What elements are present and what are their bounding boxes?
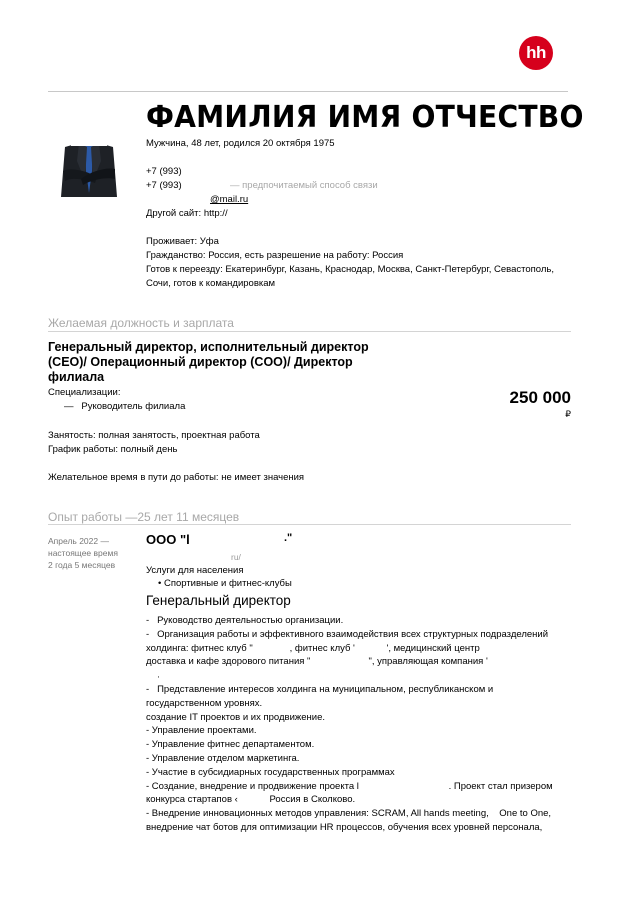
section-divider: [48, 524, 571, 525]
duty-line: создание IT проектов и их продвижение.: [146, 711, 576, 725]
salary-currency: ₽: [565, 409, 571, 420]
duty-line: - Управление проектами.: [146, 724, 576, 738]
section-divider: [48, 331, 571, 332]
position-title-line: (CEO)/ Операционный директор (COO)/ Дире…: [48, 355, 408, 370]
residence: Проживает: Уфа: [146, 235, 219, 249]
specialization-item: — Руководитель филиала: [64, 400, 185, 414]
specialization-label: Руководитель филиала: [81, 401, 185, 412]
duty-line: холдинга: фитнес клуб " , фитнес клуб ' …: [146, 642, 576, 656]
salary-amount: 250 000: [510, 388, 571, 408]
duty-line: - Руководство деятельностью организации.: [146, 614, 576, 628]
duty-line: доставка и кафе здорового питания " ", у…: [146, 655, 576, 669]
job-duration: 2 года 5 месяцев: [48, 559, 118, 571]
phone-1[interactable]: +7 (993): [146, 165, 182, 179]
hh-logo: hh: [519, 36, 553, 70]
position-title-line: филиала: [48, 370, 408, 385]
header-divider: [48, 91, 568, 92]
duty-line: государственном уровнях.: [146, 697, 576, 711]
candidate-name: ФАМИЛИЯ ИМЯ ОТЧЕСТВО: [146, 100, 584, 135]
specializations-label: Специализации:: [48, 386, 121, 400]
relocation-line-2: Сочи, готов к командировкам: [146, 277, 275, 291]
duty-line: - Участие в субсидиарных государственных…: [146, 766, 576, 780]
company-name: ООО "l: [146, 532, 190, 547]
job-period: Апрель 2022 — настоящее время 2 года 5 м…: [48, 535, 118, 571]
job-duties: - Руководство деятельностью организации.…: [146, 614, 576, 835]
industry-item-label: Спортивные и фитнес-клубы: [164, 578, 292, 589]
duty-line: - Представление интересов холдинга на му…: [146, 683, 576, 697]
company-name-tail: .": [284, 532, 292, 544]
duty-line: внедрение чат ботов для оптимизации HR п…: [146, 821, 576, 835]
duty-line: конкурса стартапов ‹ Россия в Сколково.: [146, 793, 576, 807]
relocation-line-1: Готов к переезду: Екатеринбург, Казань, …: [146, 263, 554, 277]
position-title-line: Генеральный директор, исполнительный дир…: [48, 340, 408, 355]
preferred-contact-note: — предпочитаемый способ связи: [230, 179, 378, 193]
duty-line: - Управление фитнес департаментом.: [146, 738, 576, 752]
dash-bullet: —: [64, 401, 81, 412]
job-period-start: Апрель 2022 —: [48, 535, 118, 547]
commute-time: Желательное время в пути до работы: не и…: [48, 471, 304, 485]
work-schedule: График работы: полный день: [48, 443, 177, 457]
section-title-experience: Опыт работы —25 лет 11 месяцев: [48, 510, 239, 524]
duty-line: ,: [146, 669, 576, 683]
citizenship: Гражданство: Россия, есть разрешение на …: [146, 249, 403, 263]
company-site[interactable]: ru/: [231, 550, 241, 564]
desired-position-title: Генеральный директор, исполнительный дир…: [48, 340, 408, 385]
other-site[interactable]: Другой сайт: http://: [146, 207, 228, 221]
duty-line: - Организация работы и эффективного взаи…: [146, 628, 576, 642]
email-link[interactable]: @mail.ru: [210, 193, 248, 207]
job-position: Генеральный директор: [146, 593, 291, 608]
industry-item: • Спортивные и фитнес-клубы: [158, 577, 292, 591]
section-title-desired-position: Желаемая должность и зарплата: [48, 316, 234, 330]
duty-line: - Управление отделом маркетинга.: [146, 752, 576, 766]
duty-line: - Создание, внедрение и продвижение прое…: [146, 780, 576, 794]
phone-2[interactable]: +7 (993): [146, 179, 182, 193]
employment-type: Занятость: полная занятость, проектная р…: [48, 429, 260, 443]
personal-summary: Мужчина, 48 лет, родился 20 октября 1975: [146, 137, 335, 151]
person-in-suit-photo: [57, 141, 121, 197]
job-period-end: настоящее время: [48, 547, 118, 559]
duty-line: - Внедрение инновационных методов управл…: [146, 807, 576, 821]
company-industry: Услуги для населения: [146, 564, 244, 578]
